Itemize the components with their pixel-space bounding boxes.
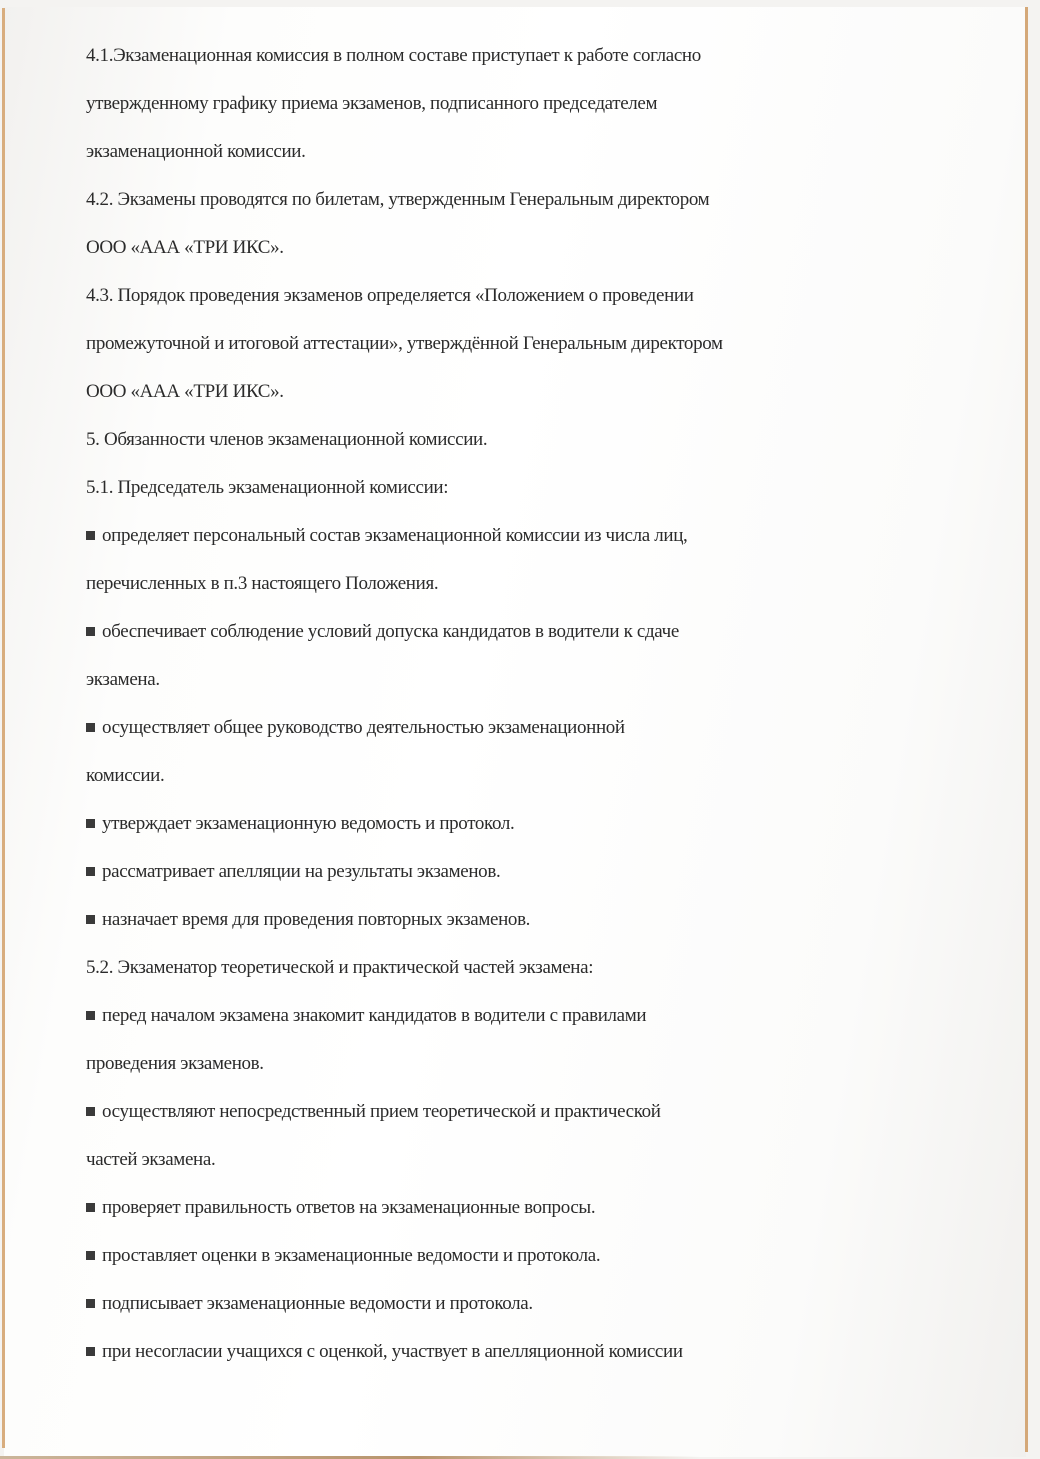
line-text: назначает время для проведения повторных… [102,909,530,930]
line-text: 5. Обязанности членов экзаменационной ко… [86,429,487,450]
line-text: перед началом экзамена знакомит кандидат… [102,1005,646,1026]
bullet-line: назначает время для проведения повторных… [86,902,986,950]
photo-background: 4.1.Экзаменационная комиссия в полном со… [0,0,1040,1459]
document-body: 4.1.Экзаменационная комиссия в полном со… [86,38,986,1382]
text-line: 5. Обязанности членов экзаменационной ко… [86,422,986,470]
bullet-line: осуществляет общее руководство деятельно… [86,710,986,758]
text-line: экзаменационной комиссии. [86,134,986,182]
line-text: частей экзамена. [86,1149,215,1170]
line-text: экзаменационной комиссии. [86,141,306,162]
bullet-line: утверждает экзаменационную ведомость и п… [86,806,986,854]
bullet-line: проставляет оценки в экзаменационные вед… [86,1238,986,1286]
bullet-line: обеспечивает соблюдение условий допуска … [86,614,986,662]
line-text: проставляет оценки в экзаменационные вед… [102,1245,600,1266]
text-line: ООО «ААА «ТРИ ИКС». [86,374,986,422]
text-line: утвержденному графику приема экзаменов, … [86,86,986,134]
line-text: проведения экзаменов. [86,1053,264,1074]
line-text: промежуточной и итоговой аттестации», ут… [86,333,723,354]
square-bullet-icon [86,1011,95,1020]
square-bullet-icon [86,819,95,828]
text-line: промежуточной и итоговой аттестации», ут… [86,326,986,374]
text-line: 5.1. Председатель экзаменационной комисс… [86,470,986,518]
line-text: обеспечивает соблюдение условий допуска … [102,621,679,642]
bullet-line: рассматривает апелляции на результаты эк… [86,854,986,902]
square-bullet-icon [86,531,95,540]
square-bullet-icon [86,1299,95,1308]
text-line: проведения экзаменов. [86,1046,986,1094]
square-bullet-icon [86,1107,95,1116]
text-line: частей экзамена. [86,1142,986,1190]
bullet-line: осуществляют непосредственный прием теор… [86,1094,986,1142]
paper-edge-left [2,8,5,1448]
line-text: 4.3. Порядок проведения экзаменов опреде… [86,285,694,306]
paper-edge-right [1025,7,1028,1452]
line-text: рассматривает апелляции на результаты эк… [102,861,500,882]
bullet-line: при несогласии учащихся с оценкой, участ… [86,1334,986,1382]
bullet-line: подписывает экзаменационные ведомости и … [86,1286,986,1334]
line-text: при несогласии учащихся с оценкой, участ… [102,1341,683,1362]
line-text: осуществляет общее руководство деятельно… [102,717,625,738]
line-text: комиссии. [86,765,164,786]
text-line: 4.1.Экзаменационная комиссия в полном со… [86,38,986,86]
text-line: комиссии. [86,758,986,806]
text-line: перечисленных в п.3 настоящего Положения… [86,566,986,614]
line-text: перечисленных в п.3 настоящего Положения… [86,573,438,594]
square-bullet-icon [86,1347,95,1356]
line-text: утверждает экзаменационную ведомость и п… [102,813,514,834]
square-bullet-icon [86,915,95,924]
square-bullet-icon [86,867,95,876]
line-text: подписывает экзаменационные ведомости и … [102,1293,533,1314]
text-line: ООО «ААА «ТРИ ИКС». [86,230,986,278]
square-bullet-icon [86,1203,95,1212]
bullet-line: проверяет правильность ответов на экзаме… [86,1190,986,1238]
line-text: 5.2. Экзаменатор теоретической и практич… [86,957,593,978]
line-text: проверяет правильность ответов на экзаме… [102,1197,595,1218]
line-text: 4.2. Экзамены проводятся по билетам, утв… [86,189,709,210]
bullet-line: перед началом экзамена знакомит кандидат… [86,998,986,1046]
line-text: ООО «ААА «ТРИ ИКС». [86,237,284,258]
line-text: определяет персональный состав экзаменац… [102,525,687,546]
text-line: 5.2. Экзаменатор теоретической и практич… [86,950,986,998]
line-text: утвержденному графику приема экзаменов, … [86,93,657,114]
line-text: осуществляют непосредственный прием теор… [102,1101,661,1122]
line-text: экзамена. [86,669,160,690]
square-bullet-icon [86,1251,95,1260]
text-line: 4.3. Порядок проведения экзаменов опреде… [86,278,986,326]
text-line: 4.2. Экзамены проводятся по билетам, утв… [86,182,986,230]
bullet-line: определяет персональный состав экзаменац… [86,518,986,566]
square-bullet-icon [86,723,95,732]
line-text: 4.1.Экзаменационная комиссия в полном со… [86,45,701,66]
line-text: 5.1. Председатель экзаменационной комисс… [86,477,448,498]
square-bullet-icon [86,627,95,636]
line-text: ООО «ААА «ТРИ ИКС». [86,381,284,402]
text-line: экзамена. [86,662,986,710]
